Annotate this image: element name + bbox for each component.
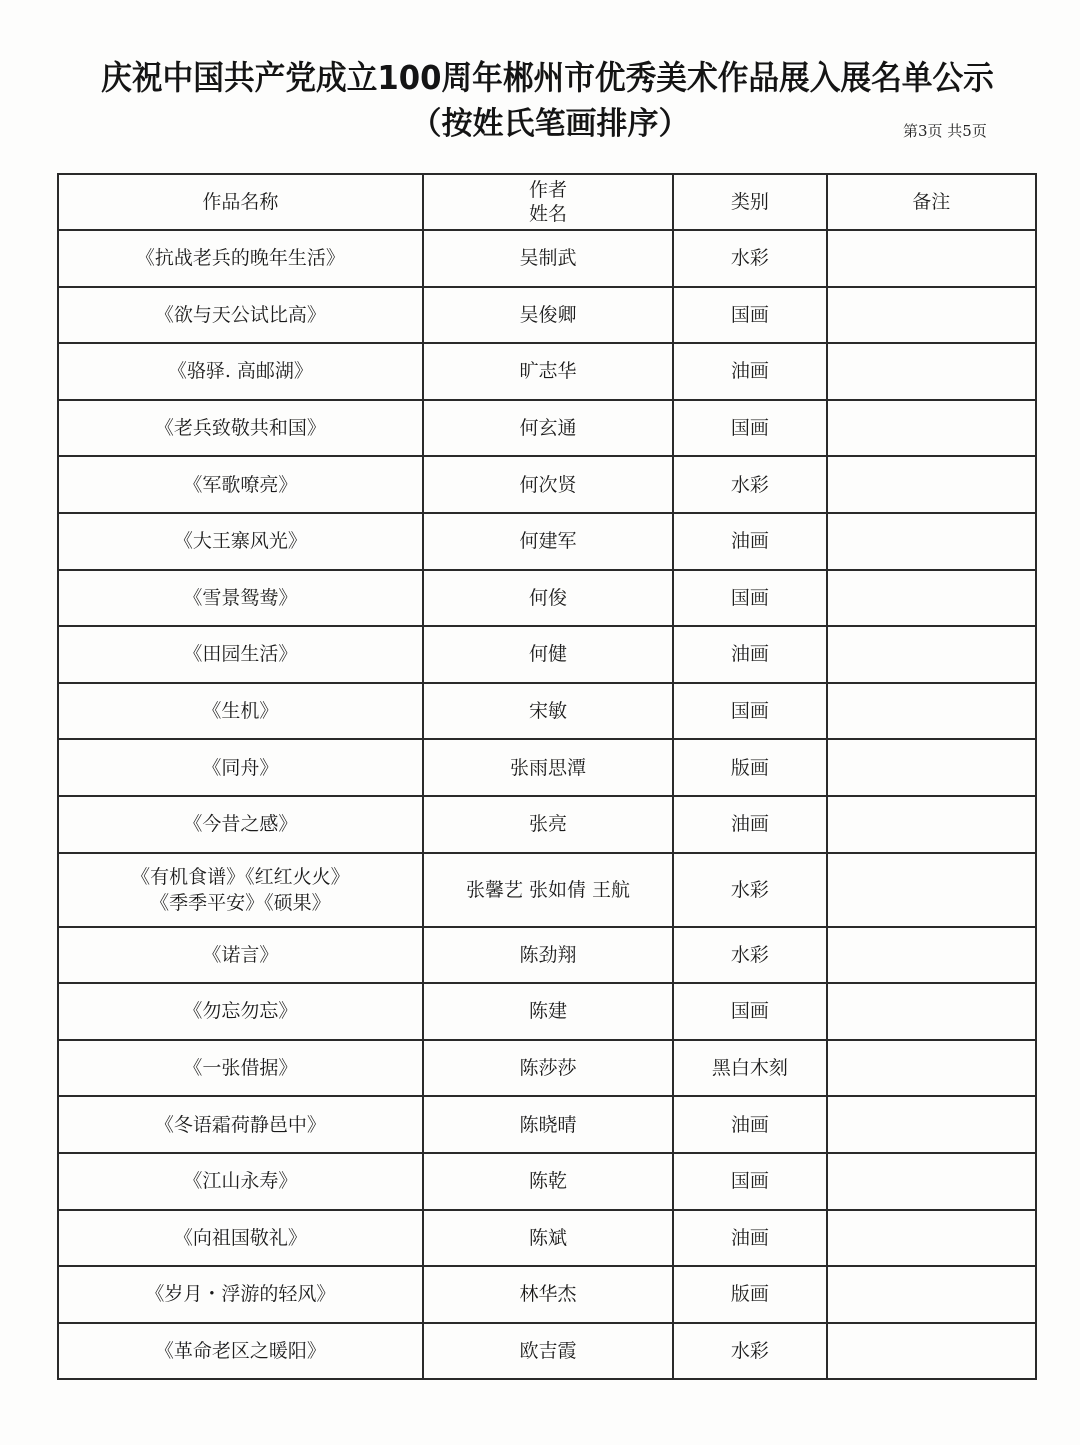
cell-note	[827, 570, 1036, 627]
cell-author: 陈斌	[423, 1210, 674, 1267]
cell-title: 《有机食谱》《红红火火》 《季季平安》《硕果》	[58, 853, 423, 927]
cell-author: 何玄通	[423, 400, 674, 457]
cell-category: 版画	[673, 739, 826, 796]
table-row: 《勿忘勿忘》 陈建 国画	[58, 983, 1036, 1040]
cell-category: 水彩	[673, 1323, 826, 1380]
cell-author: 宋敏	[423, 683, 674, 740]
cell-author: 陈劲翔	[423, 927, 674, 984]
cell-author: 旷志华	[423, 343, 674, 400]
table-row: 《骆驿. 高邮湖》 旷志华 油画	[58, 343, 1036, 400]
table-row: 《今昔之感》 张亮 油画	[58, 796, 1036, 853]
table-row: 《一张借据》 陈莎莎 黑白木刻	[58, 1040, 1036, 1097]
cell-category: 水彩	[673, 456, 826, 513]
cell-note	[827, 1153, 1036, 1210]
table-row: 《大王寨风光》 何建军 油画	[58, 513, 1036, 570]
header-category: 类别	[673, 174, 826, 230]
cell-author: 陈莎莎	[423, 1040, 674, 1097]
cell-title: 《今昔之感》	[58, 796, 423, 853]
cell-note	[827, 1096, 1036, 1153]
table-row: 《田园生活》 何健 油画	[58, 626, 1036, 683]
table-row: 《欲与天公试比高》 吴俊卿 国画	[58, 287, 1036, 344]
cell-category: 水彩	[673, 853, 826, 927]
header-author-line1: 作者	[424, 178, 673, 202]
cell-author: 何俊	[423, 570, 674, 627]
table-row: 《江山永寿》 陈乾 国画	[58, 1153, 1036, 1210]
cell-title: 《冬语霜荷静邑中》	[58, 1096, 423, 1153]
cell-title-line2: 《季季平安》《硕果》	[59, 890, 422, 916]
cell-title: 《勿忘勿忘》	[58, 983, 423, 1040]
table-row: 《老兵致敬共和国》 何玄通 国画	[58, 400, 1036, 457]
cell-title: 《江山永寿》	[58, 1153, 423, 1210]
table-row: 《军歌嘹亮》 何次贤 水彩	[58, 456, 1036, 513]
cell-title: 《革命老区之暖阳》	[58, 1323, 423, 1380]
cell-author: 张亮	[423, 796, 674, 853]
cell-category: 油画	[673, 343, 826, 400]
cell-title: 《向祖国敬礼》	[58, 1210, 423, 1267]
header-author-line2: 姓名	[424, 202, 673, 226]
cell-title: 《同舟》	[58, 739, 423, 796]
cell-title: 《雪景鸳鸯》	[58, 570, 423, 627]
cell-title: 《欲与天公试比高》	[58, 287, 423, 344]
cell-note	[827, 513, 1036, 570]
cell-title: 《岁月・浮游的轻风》	[58, 1266, 423, 1323]
cell-note	[827, 927, 1036, 984]
cell-note	[827, 1210, 1036, 1267]
cell-title: 《骆驿. 高邮湖》	[58, 343, 423, 400]
table-row: 《冬语霜荷静邑中》 陈晓晴 油画	[58, 1096, 1036, 1153]
cell-author: 张馨艺 张如倩 王航	[423, 853, 674, 927]
cell-category: 国画	[673, 400, 826, 457]
cell-category: 国画	[673, 683, 826, 740]
cell-note	[827, 456, 1036, 513]
cell-author: 陈建	[423, 983, 674, 1040]
cell-note	[827, 1266, 1036, 1323]
cell-category: 水彩	[673, 230, 826, 287]
cell-note	[827, 230, 1036, 287]
cell-author: 陈乾	[423, 1153, 674, 1210]
cell-note	[827, 853, 1036, 927]
cell-category: 国画	[673, 287, 826, 344]
table-row: 《岁月・浮游的轻风》 林华杰 版画	[58, 1266, 1036, 1323]
cell-title-line1: 《有机食谱》《红红火火》	[59, 864, 422, 890]
cell-title: 《抗战老兵的晚年生活》	[58, 230, 423, 287]
cell-title: 《军歌嘹亮》	[58, 456, 423, 513]
table-row: 《诺言》 陈劲翔 水彩	[58, 927, 1036, 984]
cell-note	[827, 1040, 1036, 1097]
cell-note	[827, 626, 1036, 683]
table-row: 《有机食谱》《红红火火》 《季季平安》《硕果》 张馨艺 张如倩 王航 水彩	[58, 853, 1036, 927]
cell-author: 吴俊卿	[423, 287, 674, 344]
cell-note	[827, 796, 1036, 853]
cell-note	[827, 287, 1036, 344]
header-title: 作品名称	[58, 174, 423, 230]
cell-author: 何次贤	[423, 456, 674, 513]
document-title: 庆祝中国共产党成立100周年郴州市优秀美术作品展入展名单公示	[38, 52, 1056, 99]
cell-note	[827, 683, 1036, 740]
header-author: 作者 姓名	[423, 174, 674, 230]
cell-category: 国画	[673, 983, 826, 1040]
cell-note	[827, 1323, 1036, 1380]
cell-title: 《生机》	[58, 683, 423, 740]
cell-author: 何健	[423, 626, 674, 683]
cell-author: 林华杰	[423, 1266, 674, 1323]
cell-note	[827, 343, 1036, 400]
cell-author: 陈晓晴	[423, 1096, 674, 1153]
table-row: 《雪景鸳鸯》 何俊 国画	[58, 570, 1036, 627]
table-row: 《同舟》 张雨思潭 版画	[58, 739, 1036, 796]
cell-category: 国画	[673, 570, 826, 627]
header-note: 备注	[827, 174, 1036, 230]
cell-title: 《老兵致敬共和国》	[58, 400, 423, 457]
cell-author: 吴制武	[423, 230, 674, 287]
cell-category: 油画	[673, 513, 826, 570]
table-row: 《向祖国敬礼》 陈斌 油画	[58, 1210, 1036, 1267]
cell-title: 《田园生活》	[58, 626, 423, 683]
cell-category: 油画	[673, 796, 826, 853]
cell-category: 黑白木刻	[673, 1040, 826, 1097]
entries-table: 作品名称 作者 姓名 类别 备注 《抗战老兵的晚年生活》 吴制武 水彩 《欲与天…	[57, 173, 1037, 1380]
cell-title: 《诺言》	[58, 927, 423, 984]
cell-note	[827, 983, 1036, 1040]
table-row: 《生机》 宋敏 国画	[58, 683, 1036, 740]
cell-author: 张雨思潭	[423, 739, 674, 796]
cell-title: 《大王寨风光》	[58, 513, 423, 570]
cell-category: 油画	[673, 1210, 826, 1267]
page-info: 第3页 共5页	[903, 120, 987, 141]
cell-author: 欧吉霞	[423, 1323, 674, 1380]
cell-author: 何建军	[423, 513, 674, 570]
cell-category: 版画	[673, 1266, 826, 1323]
cell-title: 《一张借据》	[58, 1040, 423, 1097]
cell-category: 油画	[673, 1096, 826, 1153]
cell-note	[827, 739, 1036, 796]
cell-category: 国画	[673, 1153, 826, 1210]
table-row: 《抗战老兵的晚年生活》 吴制武 水彩	[58, 230, 1036, 287]
table-header-row: 作品名称 作者 姓名 类别 备注	[58, 174, 1036, 230]
cell-category: 水彩	[673, 927, 826, 984]
cell-category: 油画	[673, 626, 826, 683]
cell-note	[827, 400, 1036, 457]
table-row: 《革命老区之暖阳》 欧吉霞 水彩	[58, 1323, 1036, 1380]
